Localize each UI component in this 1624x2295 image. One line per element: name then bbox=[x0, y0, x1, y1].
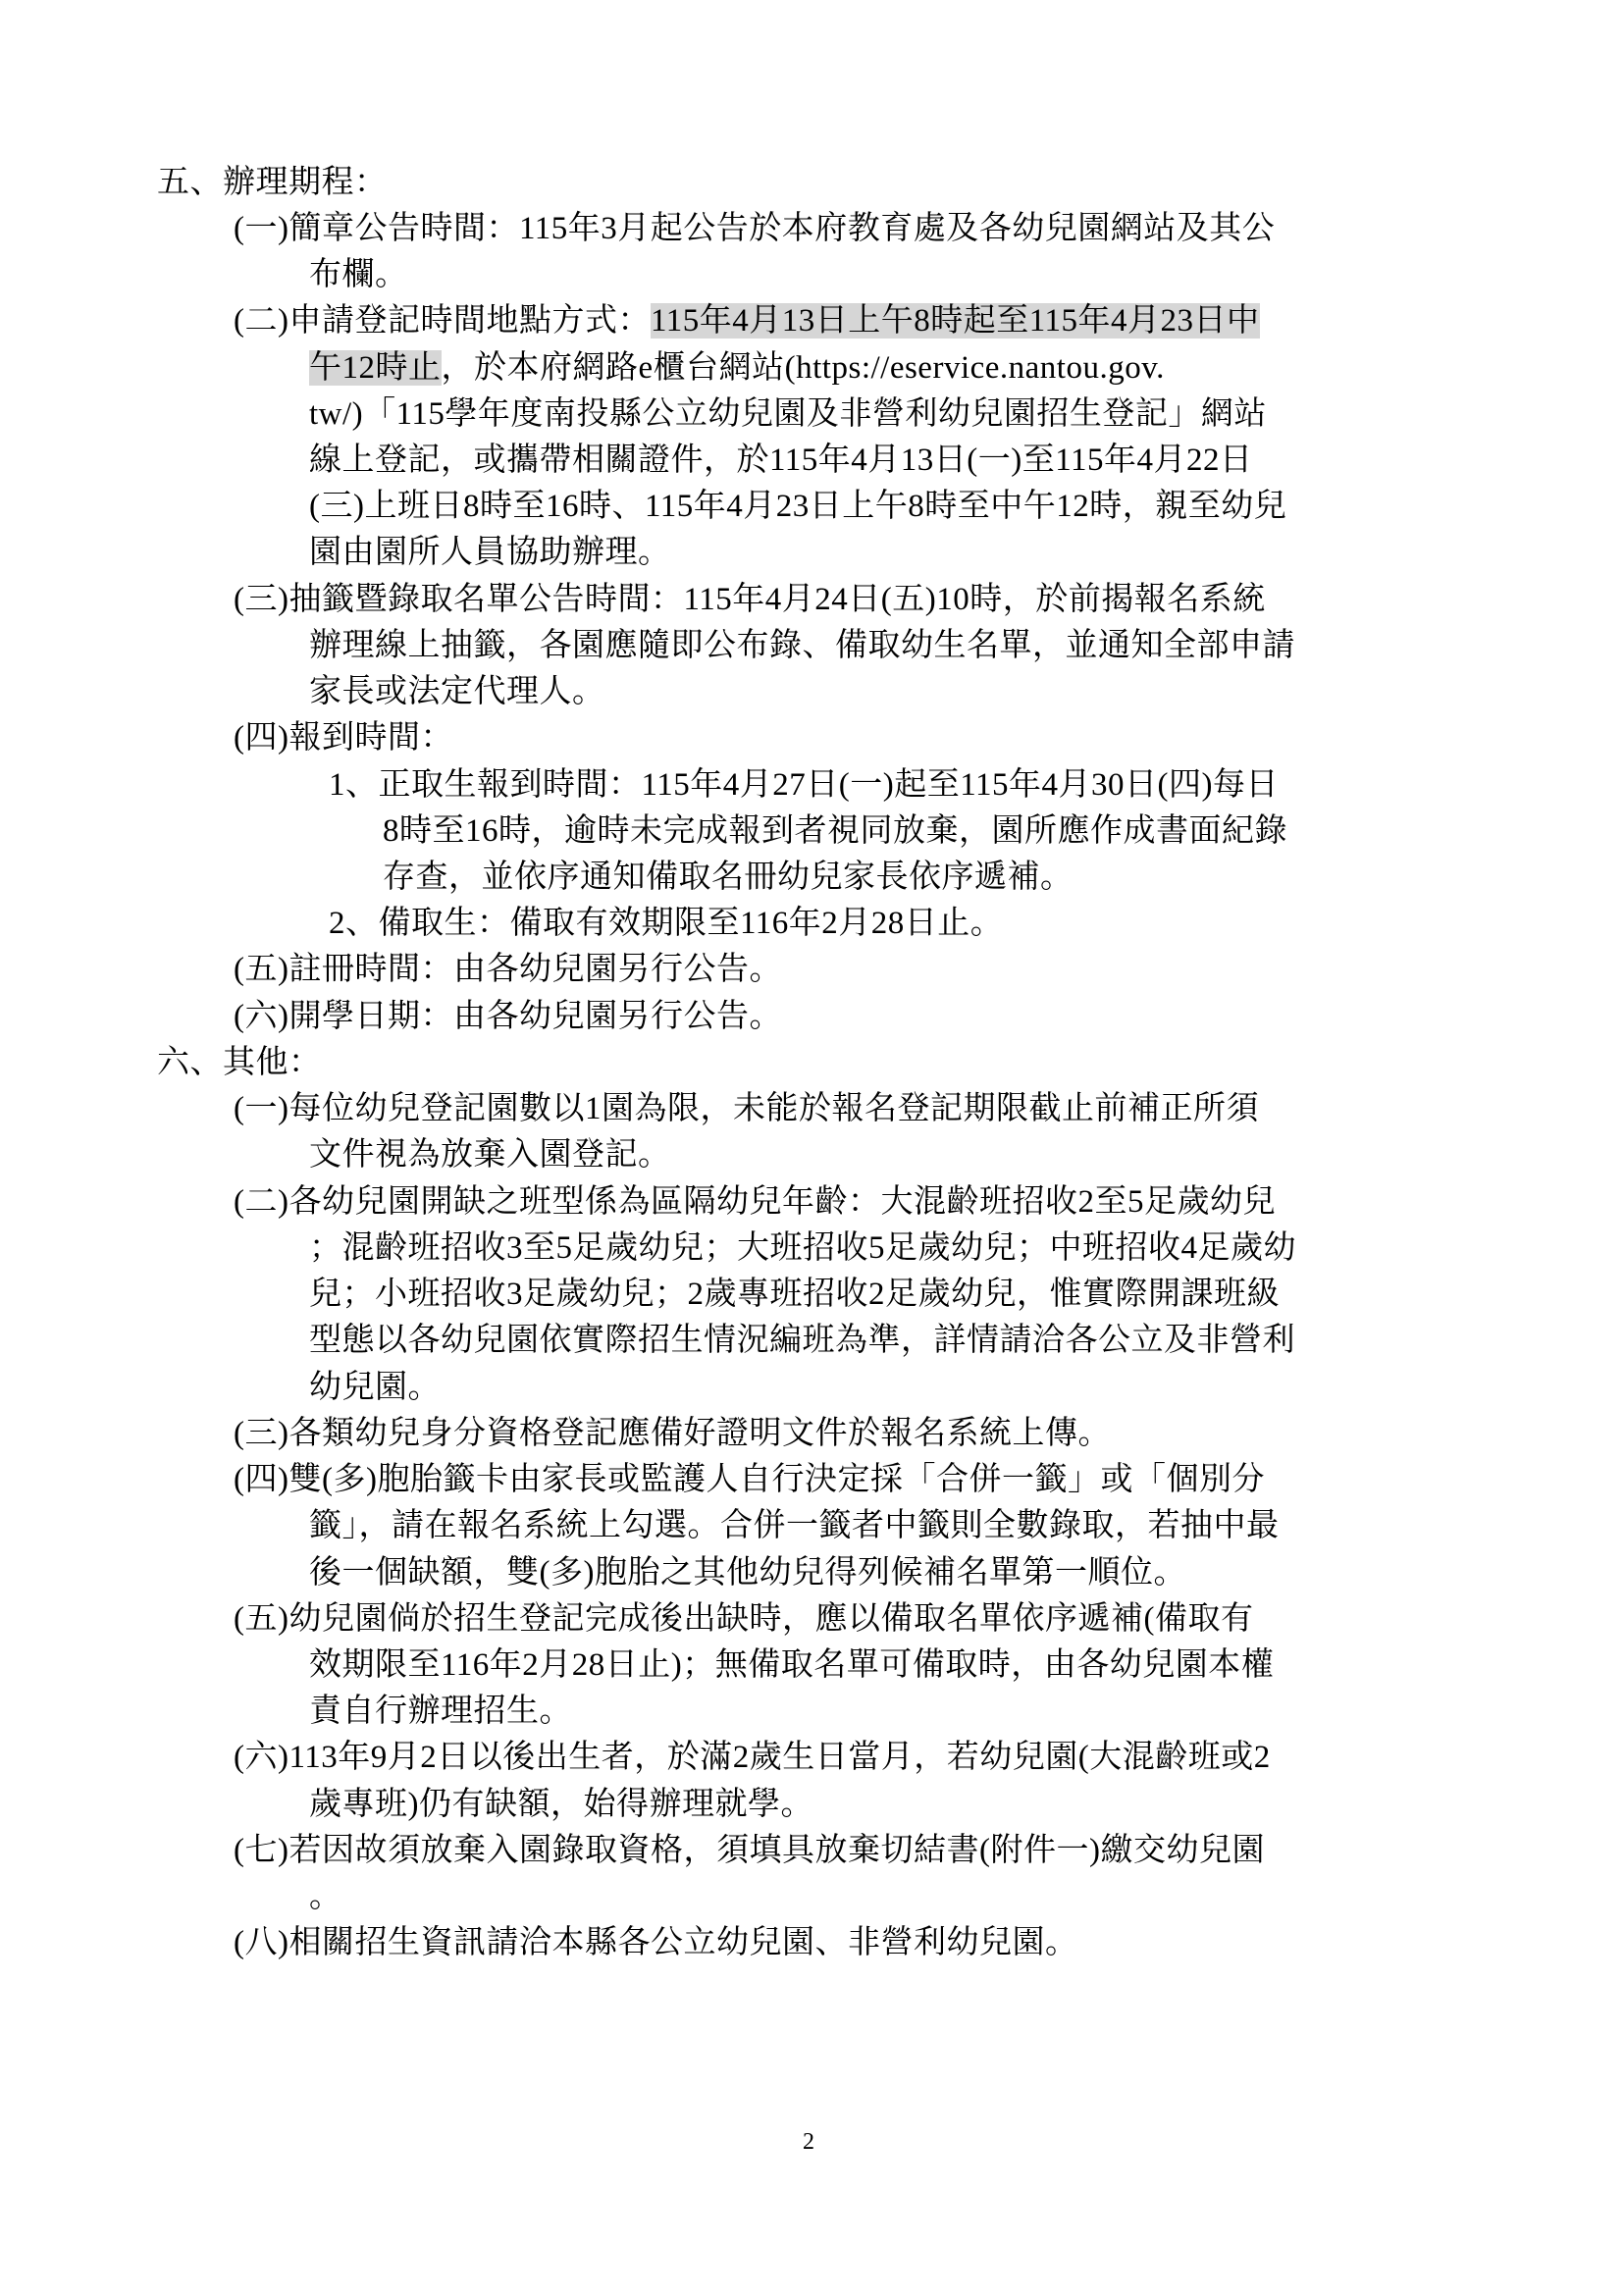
item-label: (三) bbox=[234, 1416, 288, 1451]
list-item-6-3: (三)各類幼兒身分資格登記應備好證明文件於報名系統上傳。 bbox=[234, 1414, 1111, 1460]
page-number: 2 bbox=[803, 2127, 814, 2157]
item-label: (八) bbox=[234, 1925, 288, 1960]
sub-item-text: 正取生報到時間：115年4月27日(一)起至115年4月30日(四)每日 bbox=[379, 767, 1280, 803]
sub-item-text: 備取生：備取有效期限至116年2月28日止。 bbox=[379, 906, 1004, 941]
item-label: (一) bbox=[234, 211, 288, 246]
item-continuation: 後一個缺額，雙(多)胞胎之其他幼兒得列候補名單第一順位。 bbox=[309, 1553, 1186, 1599]
item-text: 各幼兒園開缺之班型係為區隔幼兒年齡：大混齡班招收2至5足歲幼兒 bbox=[288, 1184, 1276, 1220]
item-continuation: 文件視為放棄入園登記。 bbox=[309, 1135, 671, 1181]
list-item-6-4: (四)雙(多)胞胎籤卡由家長或監護人自行決定採「合併一籤」或「個別分 bbox=[234, 1460, 1265, 1506]
item-continuation: 型態以各幼兒園依實際招生情況編班為準，詳情請洽各公立及非營利 bbox=[309, 1321, 1295, 1367]
list-item-6-7: (七)若因故須放棄入園錄取資格，須填具放棄切結書(附件一)繳交幼兒園 bbox=[234, 1831, 1265, 1877]
list-item-6-6: (六)113年9月2日以後出生者，於滿2歲生日當月，若幼兒園(大混齡班或2 bbox=[234, 1738, 1271, 1784]
highlighted-date-range: 115年4月13日上午8時起至115年4月23日中 bbox=[651, 303, 1260, 339]
item-continuation: ；混齡班招收3至5足歲幼兒；大班招收5足歲幼兒；中班招收4足歲幼 bbox=[309, 1228, 1296, 1275]
section-heading-six: 六、其他： bbox=[157, 1043, 322, 1089]
item-continuation: 責自行辦理招生。 bbox=[309, 1692, 572, 1738]
section-heading-five: 五、辦理期程： bbox=[157, 163, 388, 209]
item-continuation: 園由園所人員協助辦理。 bbox=[309, 533, 671, 579]
item-label: (二) bbox=[234, 1184, 288, 1220]
item-text: 簡章公告時間：115年3月起公告於本府教育處及各幼兒園網站及其公 bbox=[288, 211, 1275, 246]
item-text: 113年9月2日以後出生者，於滿2歲生日當月，若幼兒園(大混齡班或2 bbox=[288, 1740, 1270, 1775]
sub-item-continuation: 存查，並依序通知備取名冊幼兒家長依序遞補。 bbox=[383, 858, 1074, 904]
item-label: (六) bbox=[234, 1740, 288, 1775]
item-text: 若因故須放棄入園錄取資格，須填具放棄切結書(附件一)繳交幼兒園 bbox=[288, 1833, 1264, 1868]
item-continuation: 幼兒園。 bbox=[309, 1368, 441, 1414]
item-continuation: 歲專班)仍有缺額，始得辦理就學。 bbox=[309, 1785, 813, 1831]
item-label: (一) bbox=[234, 1091, 288, 1126]
item-continuation: 。 bbox=[309, 1877, 342, 1923]
list-item-5-6: (六)開學日期：由各幼兒園另行公告。 bbox=[234, 997, 782, 1043]
item-label: (七) bbox=[234, 1833, 288, 1868]
item-continuation: 布欄。 bbox=[309, 255, 408, 301]
highlighted-date-range-end: 午12時止 bbox=[309, 350, 442, 386]
sub-item-2: 2、備取生：備取有效期限至116年2月28日止。 bbox=[329, 904, 1003, 950]
item-continuation: tw/)「115學年度南投縣公立幼兒園及非營利幼兒園招生登記」網站 bbox=[309, 394, 1267, 441]
item-text: 幼兒園倘於招生登記完成後出缺時，應以備取名單依序遞補(備取有 bbox=[288, 1601, 1253, 1637]
item-label: (四) bbox=[234, 720, 288, 756]
sub-item-label: 2、 bbox=[329, 906, 379, 941]
item-text: 各類幼兒身分資格登記應備好證明文件於報名系統上傳。 bbox=[288, 1416, 1111, 1451]
item-label: (四) bbox=[234, 1462, 288, 1497]
item-label: (六) bbox=[234, 999, 288, 1034]
item-text: 開學日期：由各幼兒園另行公告。 bbox=[288, 999, 782, 1034]
list-item-5-4: (四)報到時間： bbox=[234, 718, 453, 764]
item-continuation: 線上登記，或攜帶相關證件，於115年4月13日(一)至115年4月22日 bbox=[309, 441, 1253, 487]
item-label: (五) bbox=[234, 1601, 288, 1637]
item-text: 雙(多)胞胎籤卡由家長或監護人自行決定採「合併一籤」或「個別分 bbox=[288, 1462, 1264, 1497]
item-text: 每位幼兒登記園數以1園為限，未能於報名登記期限截止前補正所須 bbox=[288, 1091, 1259, 1126]
item-continuation: 效期限至116年2月28日止)；無備取名單可備取時，由各幼兒園本權 bbox=[309, 1645, 1274, 1692]
list-item-5-5: (五)註冊時間：由各幼兒園另行公告。 bbox=[234, 950, 782, 996]
item-continuation: 午12時止，於本府網路e櫃台網站(https://eservice.nantou… bbox=[309, 348, 1165, 394]
item-text: 註冊時間：由各幼兒園另行公告。 bbox=[288, 952, 782, 987]
list-item-5-1: (一)簡章公告時間：115年3月起公告於本府教育處及各幼兒園網站及其公 bbox=[234, 209, 1275, 255]
item-continuation: 家長或法定代理人。 bbox=[309, 672, 605, 718]
item-text: 相關招生資訊請洽本縣各公立幼兒園、非營利幼兒園。 bbox=[288, 1925, 1077, 1960]
list-item-5-3: (三)抽籤暨錄取名單公告時間：115年4月24日(五)10時，於前揭報名系統 bbox=[234, 580, 1266, 626]
eservice-url-text: ，於本府網路e櫃台網站(https://eservice.nantou.gov. bbox=[442, 350, 1165, 386]
item-continuation: 辦理線上抽籤，各園應隨即公布錄、備取幼生名單，並通知全部申請 bbox=[309, 626, 1295, 672]
list-item-6-2: (二)各幼兒園開缺之班型係為區隔幼兒年齡：大混齡班招收2至5足歲幼兒 bbox=[234, 1182, 1276, 1228]
list-item-6-1: (一)每位幼兒登記園數以1園為限，未能於報名登記期限截止前補正所須 bbox=[234, 1089, 1259, 1135]
sub-item-label: 1、 bbox=[329, 767, 379, 803]
item-continuation: 籤」，請在報名系統上勾選。合併一籤者中籤則全數錄取，若抽中最 bbox=[309, 1506, 1280, 1552]
item-text: 申請登記時間地點方式： bbox=[288, 303, 651, 339]
item-text: 報到時間： bbox=[288, 720, 453, 756]
item-label: (二) bbox=[234, 303, 288, 339]
document-page: 五、辦理期程： (一)簡章公告時間：115年3月起公告於本府教育處及各幼兒園網站… bbox=[0, 0, 1624, 2295]
item-continuation: 兒；小班招收3足歲幼兒；2歲專班招收2足歲幼兒，惟實際開課班級 bbox=[309, 1275, 1280, 1321]
item-continuation: (三)上班日8時至16時、115年4月23日上午8時至中午12時，親至幼兒 bbox=[309, 487, 1286, 533]
sub-item-1: 1、正取生報到時間：115年4月27日(一)起至115年4月30日(四)每日 bbox=[329, 765, 1279, 811]
sub-item-continuation: 8時至16時，逾時未完成報到者視同放棄，園所應作成書面紀錄 bbox=[383, 811, 1287, 858]
list-item-5-2: (二)申請登記時間地點方式：115年4月13日上午8時起至115年4月23日中 bbox=[234, 301, 1260, 347]
item-text: 抽籤暨錄取名單公告時間：115年4月24日(五)10時，於前揭報名系統 bbox=[288, 582, 1265, 617]
item-label: (三) bbox=[234, 582, 288, 617]
list-item-6-5: (五)幼兒園倘於招生登記完成後出缺時，應以備取名單依序遞補(備取有 bbox=[234, 1599, 1253, 1645]
list-item-6-8: (八)相關招生資訊請洽本縣各公立幼兒園、非營利幼兒園。 bbox=[234, 1923, 1077, 1969]
item-label: (五) bbox=[234, 952, 288, 987]
